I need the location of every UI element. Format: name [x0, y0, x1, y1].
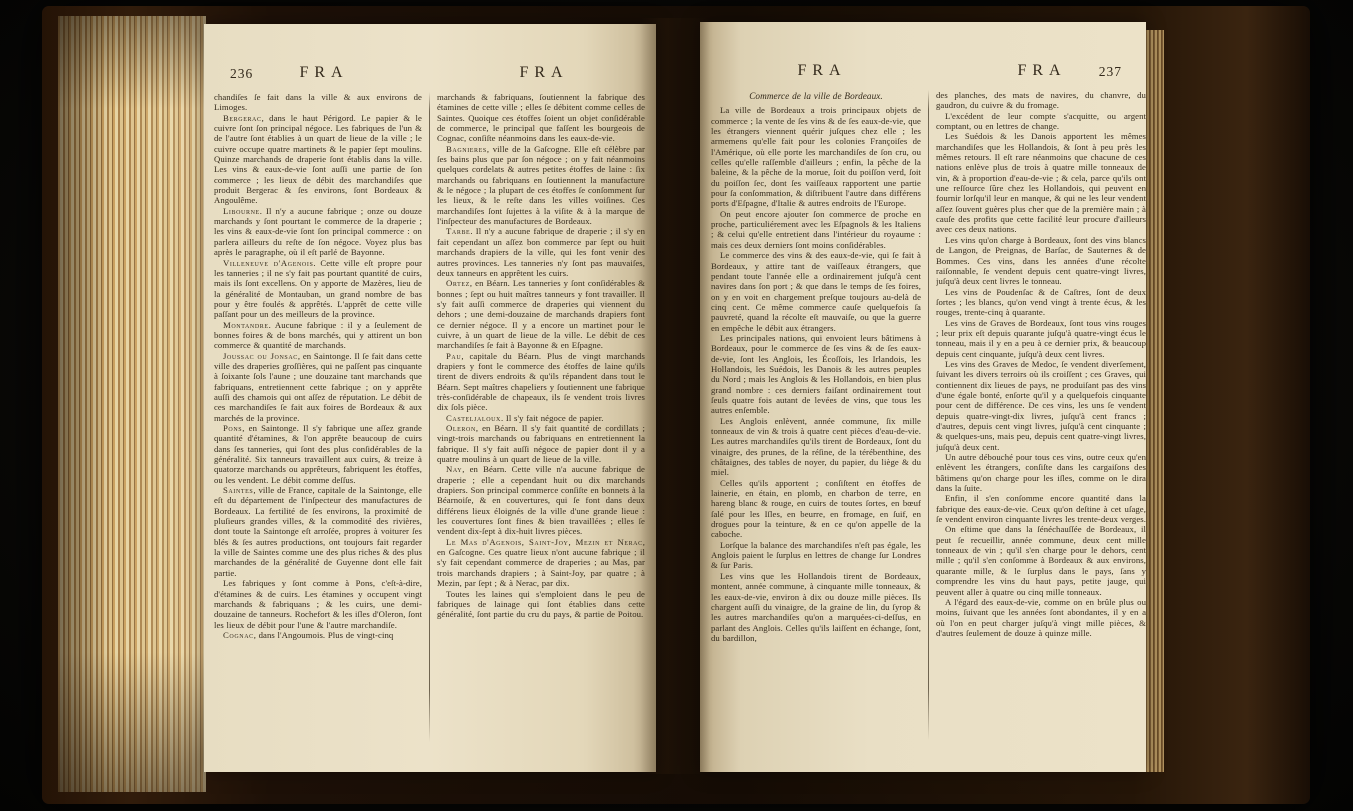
entry-name: Saintes — [223, 485, 253, 495]
column-divider-rule — [429, 92, 430, 742]
paragraph: Les vins qu'on charge à Bordeaux, ſont d… — [936, 235, 1146, 287]
text-column-3: Commerce de la ville de Bordeaux.La vill… — [711, 90, 921, 758]
paragraph: Un autre débouché pour tous ces vins, ou… — [936, 452, 1146, 493]
entry-name: Montandre — [223, 320, 269, 330]
paragraph: Enfin, il s'en conſomme encore quantité … — [936, 493, 1146, 524]
paragraph: La ville de Bordeaux a trois principaux … — [711, 105, 921, 208]
running-head-fra: FRA — [299, 64, 348, 82]
paragraph: Les fabriques y ſont comme à Pons, c'eſt… — [214, 578, 422, 630]
entry-name: Casteljaloux — [446, 413, 501, 423]
column-divider-rule — [928, 90, 929, 740]
paragraph: Bagnieres, ville de la Gaſcogne. Elle eſ… — [437, 144, 645, 227]
entry-name: Pons — [223, 423, 242, 433]
page-number-left: 236 — [230, 66, 253, 82]
paragraph: des planches, des mats de navires, du ch… — [936, 90, 1146, 111]
entry-name: Le Mas d'Agenois, Saint-Joy, Mezin et Ne… — [446, 537, 643, 547]
paragraph: Montandre. Aucune fabrique : il y a ſeul… — [214, 320, 422, 351]
paragraph: Libourne. Il n'y a aucune fabrique ; onz… — [214, 206, 422, 258]
entry-name: Ortez — [446, 278, 470, 288]
paragraph: chandiſes ſe fait dans la ville & aux en… — [214, 92, 422, 113]
paragraph: Oleron, en Béarn. Il s'y fait quantité d… — [437, 423, 645, 464]
paragraph: L'excédent de leur compte s'acquitte, ou… — [936, 111, 1146, 132]
paragraph: Les vins de Graves de Bordeaux, ſont tou… — [936, 318, 1146, 359]
paragraph: Les vins des Graves de Medoc, ſe vendent… — [936, 359, 1146, 452]
paragraph: On peut encore ajouter ſon commerce de p… — [711, 209, 921, 250]
entry-name: Pau — [446, 351, 461, 361]
page-edge-right — [1146, 30, 1164, 772]
paragraph: Ortez, en Béarn. Les tanneries y ſont co… — [437, 278, 645, 350]
paragraph: A l'égard des eaux-de-vie, comme on en b… — [936, 597, 1146, 638]
running-head-fra: FRA — [1017, 62, 1066, 80]
entry-name: Tarbe — [446, 226, 470, 236]
section-heading: Commerce de la ville de Bordeaux. — [711, 91, 921, 101]
paragraph: Cognac, dans l'Angoumois. Plus de vingt-… — [214, 630, 422, 640]
paragraph: Bergerac, dans le haut Périgord. Le papi… — [214, 113, 422, 206]
paragraph: Tarbe. Il n'y a aucune fabrique de drape… — [437, 226, 645, 278]
paragraph: On eſtime que dans la ſénéchauſſée de Bo… — [936, 524, 1146, 596]
left-page-columns: chandiſes ſe fait dans la ville & aux en… — [214, 92, 645, 760]
entry-name: Oleron — [446, 423, 476, 433]
text-column-4: des planches, des mats de navires, du ch… — [936, 90, 1146, 758]
right-page: FRA FRA 237 Commerce de la ville de Bord… — [700, 22, 1146, 772]
paragraph: Joussac ou Jonsac, en Saintonge. Il ſe f… — [214, 351, 422, 423]
paragraph: Les principales nations, qui envoient le… — [711, 333, 921, 416]
paragraph: Pau, capitale du Béarn. Plus de vingt ma… — [437, 351, 645, 413]
left-page-header: 236 FRA FRA — [204, 64, 656, 90]
paragraph: Celles qu'ils apportent ; conſiſtent en … — [711, 478, 921, 540]
entry-name: Joussac ou Jonsac — [223, 351, 298, 361]
paragraph: Le Mas d'Agenois, Saint-Joy, Mezin et Ne… — [437, 537, 645, 589]
page-number-right: 237 — [1099, 64, 1122, 80]
entry-name: Bagnieres — [446, 144, 487, 154]
paragraph: Villeneuve d'Agenois. Cette ville eſt pr… — [214, 258, 422, 320]
right-page-columns: Commerce de la ville de Bordeaux.La vill… — [711, 90, 1146, 758]
entry-name: Villeneuve d'Agenois — [223, 258, 313, 268]
paragraph: Lorſque la balance des marchandiſes n'eſ… — [711, 540, 921, 571]
paragraph: Les vins de Poudenſac & de Caſtres, ſont… — [936, 287, 1146, 318]
paragraph: Saintes, ville de France, capitale de la… — [214, 485, 422, 578]
right-page-header: FRA FRA 237 — [700, 62, 1146, 88]
paragraph: marchands & fabriquans, ſoutiennent la f… — [437, 92, 645, 144]
entry-name: Cognac — [223, 630, 254, 640]
paragraph: Toutes les laines qui s'emploient dans l… — [437, 589, 645, 620]
paragraph: Le commerce des vins & des eaux-de-vie, … — [711, 250, 921, 333]
entry-name: Bergerac — [223, 113, 262, 123]
fore-edge-pages-left — [58, 16, 206, 792]
running-head-fra: FRA — [519, 64, 568, 82]
paragraph: Les Suédois & les Danois apportent les m… — [936, 131, 1146, 234]
paragraph: Les vins que les Hollandois tirent de Bo… — [711, 571, 921, 643]
paragraph: Casteljaloux. Il s'y fait négoce de papi… — [437, 413, 645, 423]
running-head-fra: FRA — [797, 62, 846, 80]
paragraph: Nay, en Béarn. Cette ville n'a aucune fa… — [437, 464, 645, 536]
entry-name: Nay — [446, 464, 462, 474]
paragraph: Les Anglois enlèvent, année commune, ſix… — [711, 416, 921, 478]
text-column-1: chandiſes ſe fait dans la ville & aux en… — [214, 92, 422, 760]
entry-name: Libourne — [223, 206, 260, 216]
text-column-2: marchands & fabriquans, ſoutiennent la f… — [437, 92, 645, 760]
left-page: 236 FRA FRA chandiſes ſe fait dans la vi… — [204, 24, 656, 772]
paragraph: Pons, en Saintonge. Il s'y fabrique une … — [214, 423, 422, 485]
